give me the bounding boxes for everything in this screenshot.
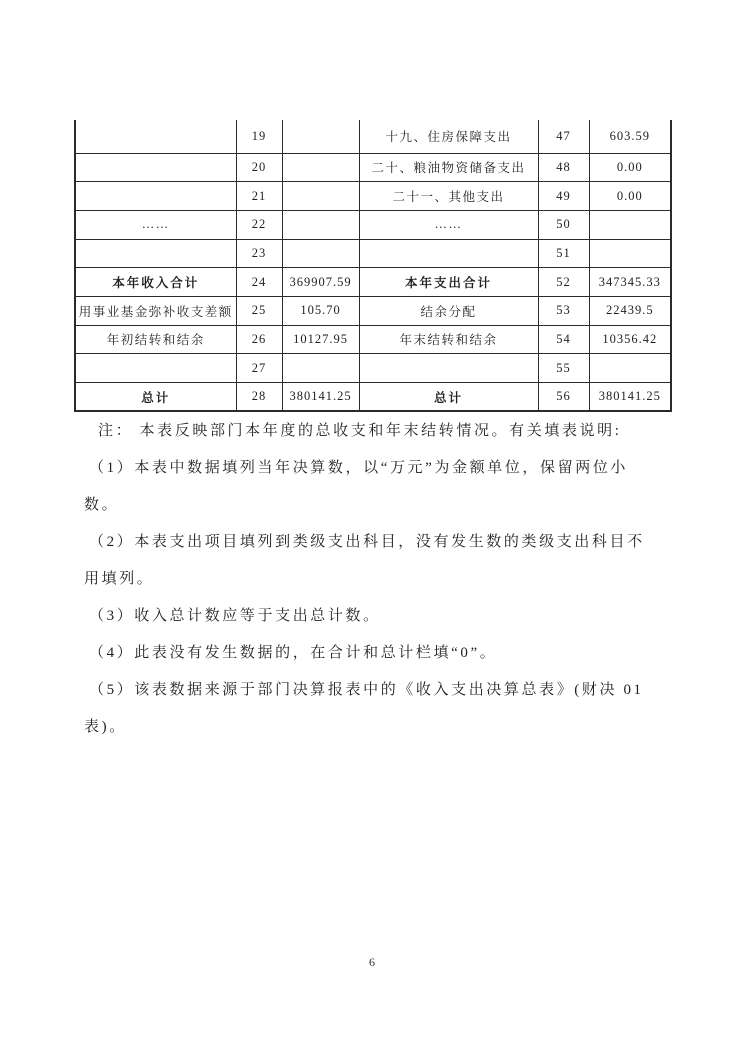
income-item-cell: 本年收入合计 <box>75 268 236 297</box>
table-row: 20二十、粮油物资储备支出480.00 <box>75 153 671 182</box>
note-line: （5）该表数据来源于部门决算报表中的《收入支出决算总表》(财决 01 <box>84 672 676 709</box>
income-amount-cell <box>282 210 359 239</box>
page-number: 6 <box>369 955 375 969</box>
expense-amount-cell <box>589 239 671 268</box>
income-amount-cell <box>282 182 359 211</box>
income-amount-cell: 369907.59 <box>282 268 359 297</box>
expense-line-cell: 50 <box>538 210 589 239</box>
note-line: （4）此表没有发生数据的，在合计和总计栏填“0”。 <box>84 635 676 672</box>
income-amount-cell <box>282 153 359 182</box>
income-amount-cell: 10127.95 <box>282 325 359 354</box>
expense-line-cell: 56 <box>538 383 589 412</box>
income-line-cell: 22 <box>236 210 282 239</box>
income-amount-cell: 380141.25 <box>282 383 359 412</box>
expense-line-cell: 54 <box>538 325 589 354</box>
expense-item-cell: 结余分配 <box>359 296 538 325</box>
expense-amount-cell <box>589 210 671 239</box>
expense-item-cell <box>359 239 538 268</box>
income-item-cell <box>75 182 236 211</box>
expense-line-cell: 52 <box>538 268 589 297</box>
expense-item-cell: 十九、住房保障支出 <box>359 120 538 153</box>
income-amount-cell <box>282 239 359 268</box>
table-row: 19十九、住房保障支出47603.59 <box>75 120 671 153</box>
table-row: 本年收入合计24369907.59本年支出合计52347345.33 <box>75 268 671 297</box>
expense-item-cell <box>359 354 538 383</box>
income-line-cell: 24 <box>236 268 282 297</box>
document-page: 19十九、住房保障支出47603.5920二十、粮油物资储备支出480.0021… <box>0 0 744 1052</box>
expense-line-cell: 49 <box>538 182 589 211</box>
income-item-cell: …… <box>75 210 236 239</box>
expense-line-cell: 51 <box>538 239 589 268</box>
income-line-cell: 27 <box>236 354 282 383</box>
table-row: ……22……50 <box>75 210 671 239</box>
table-row: 用事业基金弥补收支差额25105.70结余分配5322439.5 <box>75 296 671 325</box>
expense-item-cell: 二十一、其他支出 <box>359 182 538 211</box>
note-line: 数。 <box>84 487 676 524</box>
income-item-cell: 用事业基金弥补收支差额 <box>75 296 236 325</box>
note-line: 表)。 <box>84 709 676 746</box>
table-row: 2755 <box>75 354 671 383</box>
income-line-cell: 23 <box>236 239 282 268</box>
note-line: （2）本表支出项目填列到类级支出科目，没有发生数的类级支出科目不 <box>84 524 676 561</box>
income-amount-cell: 105.70 <box>282 296 359 325</box>
expense-amount-cell: 10356.42 <box>589 325 671 354</box>
note-line: （3）收入总计数应等于支出总计数。 <box>84 598 676 635</box>
table-row: 年初结转和结余2610127.95年末结转和结余5410356.42 <box>75 325 671 354</box>
page-footer: 6 <box>0 955 744 970</box>
income-line-cell: 19 <box>236 120 282 153</box>
expense-item-cell: 年末结转和结余 <box>359 325 538 354</box>
expense-item-cell: 总计 <box>359 383 538 412</box>
income-amount-cell <box>282 354 359 383</box>
income-amount-cell <box>282 120 359 153</box>
income-item-cell <box>75 354 236 383</box>
income-item-cell <box>75 239 236 268</box>
table-notes: 注： 本表反映部门本年度的总收支和年末结转情况。有关填表说明:（1）本表中数据填… <box>84 413 676 746</box>
income-expense-summary-table: 19十九、住房保障支出47603.5920二十、粮油物资储备支出480.0021… <box>74 120 672 412</box>
expense-amount-cell: 380141.25 <box>589 383 671 412</box>
income-line-cell: 21 <box>236 182 282 211</box>
expense-line-cell: 47 <box>538 120 589 153</box>
note-line: 注： 本表反映部门本年度的总收支和年末结转情况。有关填表说明: <box>84 413 676 450</box>
expense-item-cell: 二十、粮油物资储备支出 <box>359 153 538 182</box>
expense-item-cell: 本年支出合计 <box>359 268 538 297</box>
income-item-cell <box>75 153 236 182</box>
expense-amount-cell: 22439.5 <box>589 296 671 325</box>
expense-line-cell: 48 <box>538 153 589 182</box>
expense-line-cell: 53 <box>538 296 589 325</box>
expense-amount-cell: 0.00 <box>589 182 671 211</box>
income-item-cell: 年初结转和结余 <box>75 325 236 354</box>
table-row: 总计28380141.25总计56380141.25 <box>75 383 671 412</box>
income-item-cell: 总计 <box>75 383 236 412</box>
expense-amount-cell: 347345.33 <box>589 268 671 297</box>
note-line: （1）本表中数据填列当年决算数，以“万元”为金额单位，保留两位小 <box>84 450 676 487</box>
expense-amount-cell: 0.00 <box>589 153 671 182</box>
expense-item-cell: …… <box>359 210 538 239</box>
table-row: 2351 <box>75 239 671 268</box>
note-line: 用填列。 <box>84 561 676 598</box>
expense-amount-cell <box>589 354 671 383</box>
income-line-cell: 20 <box>236 153 282 182</box>
income-line-cell: 26 <box>236 325 282 354</box>
table-row: 21二十一、其他支出490.00 <box>75 182 671 211</box>
table-body: 19十九、住房保障支出47603.5920二十、粮油物资储备支出480.0021… <box>75 120 671 411</box>
expense-line-cell: 55 <box>538 354 589 383</box>
income-item-cell <box>75 120 236 153</box>
income-line-cell: 25 <box>236 296 282 325</box>
expense-amount-cell: 603.59 <box>589 120 671 153</box>
income-line-cell: 28 <box>236 383 282 412</box>
